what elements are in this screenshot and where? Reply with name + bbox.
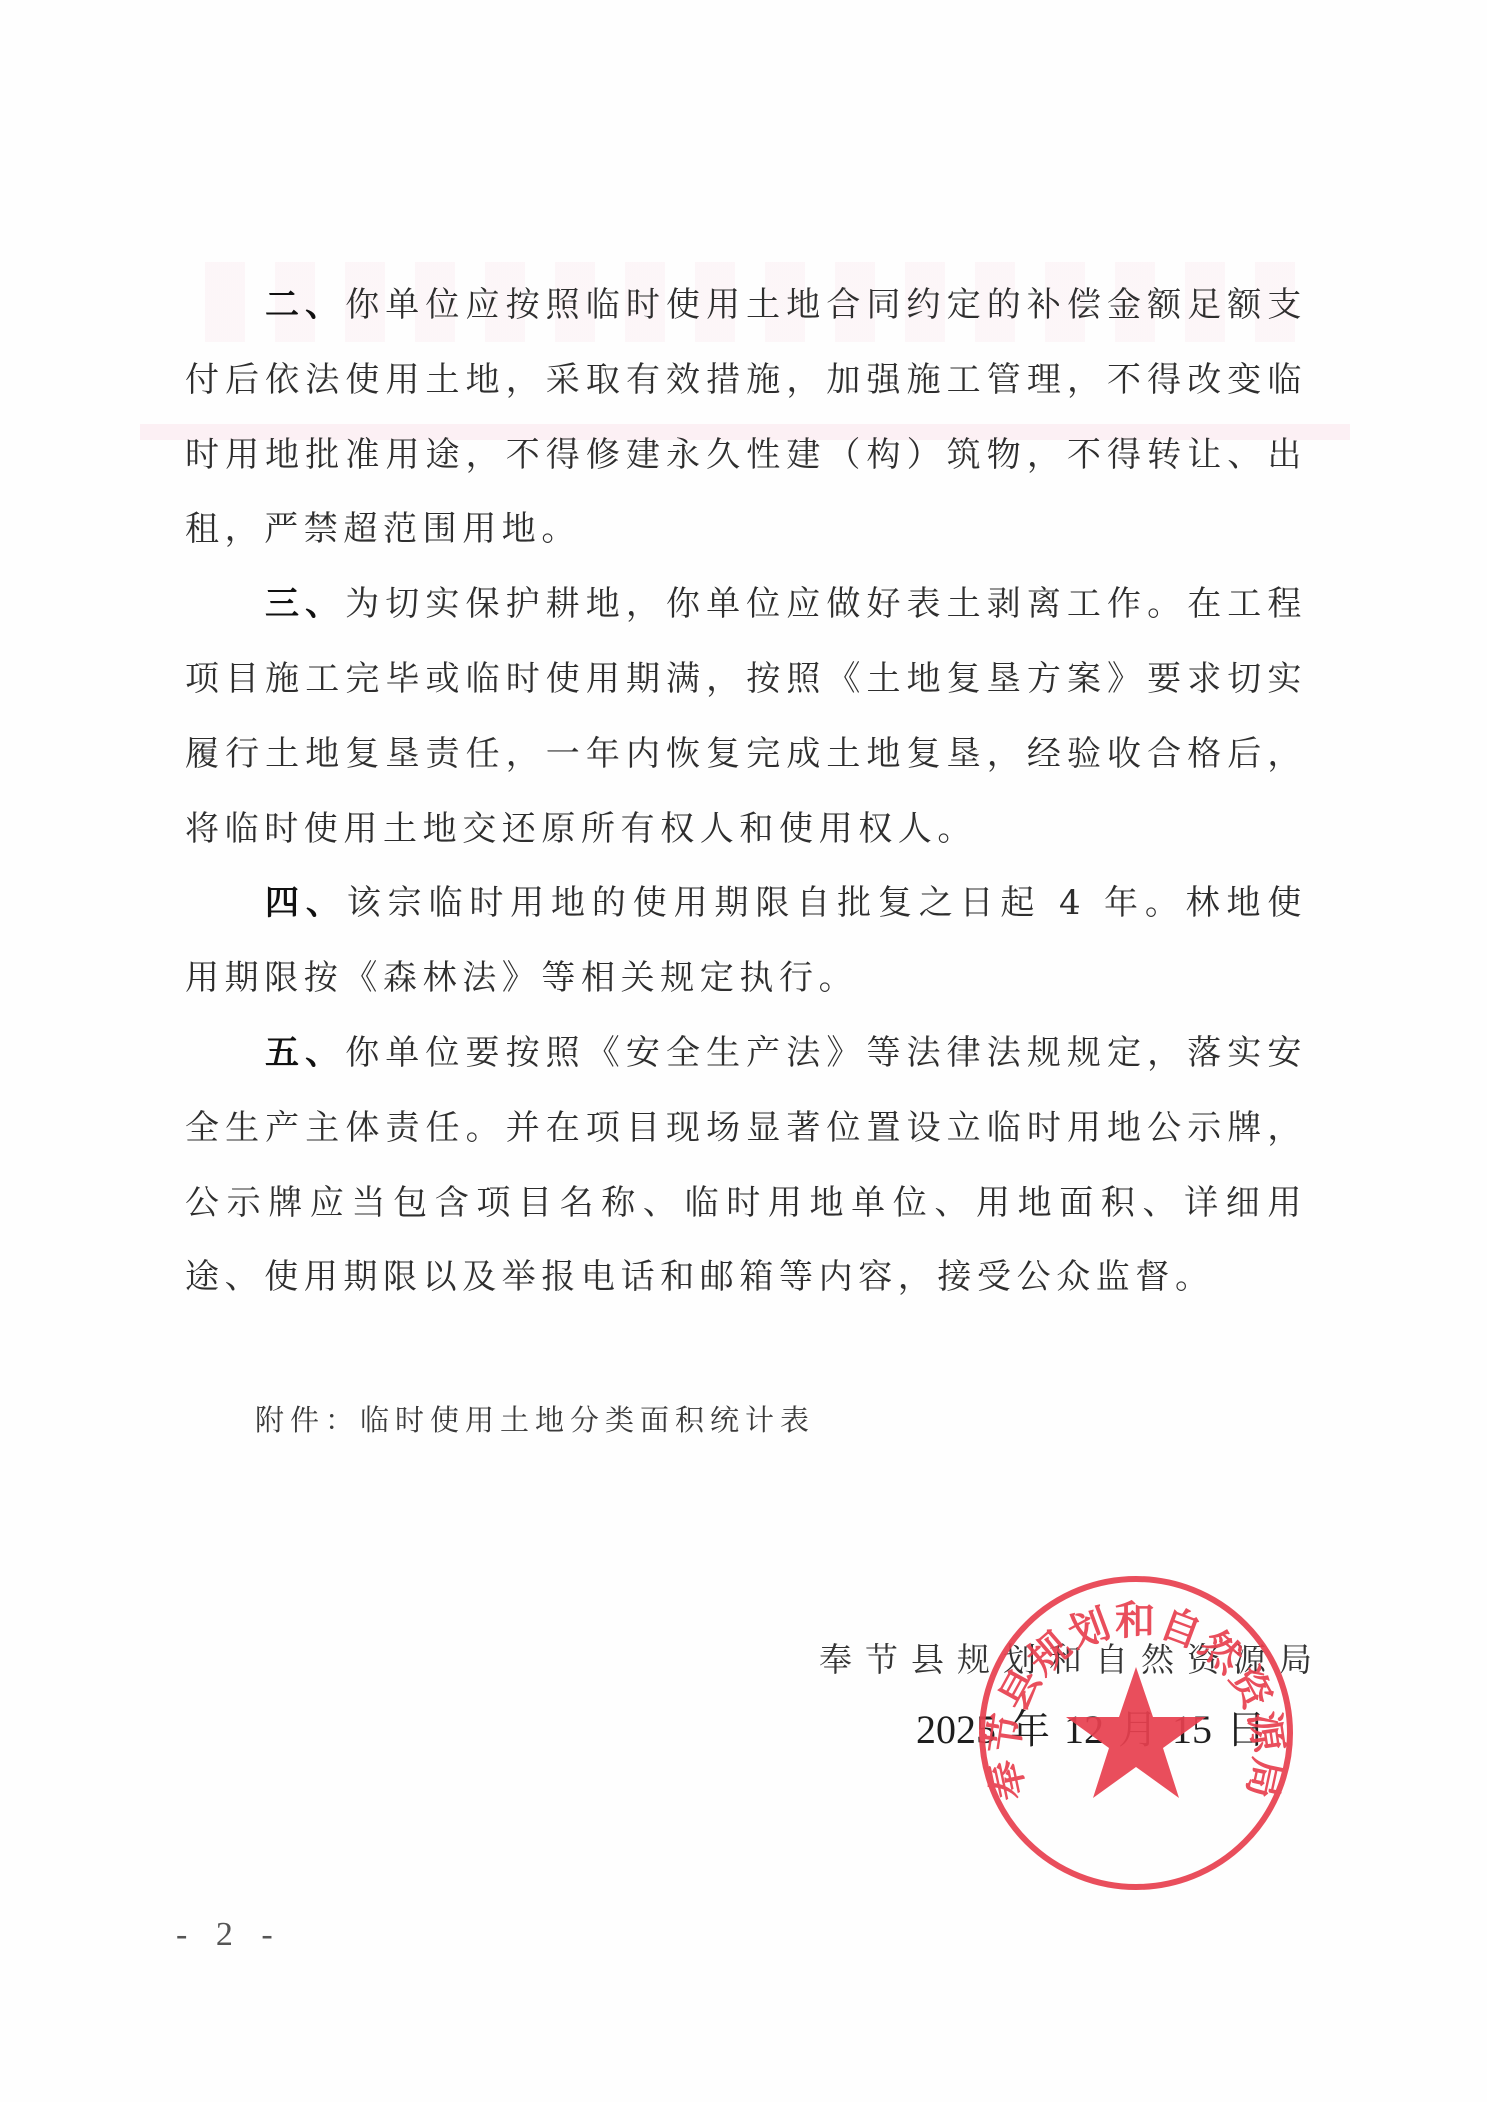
paragraph-4: 四、该宗临时用地的使用期限自批复之日起 4 年。林地使用期限按《森林法》等相关规… bbox=[185, 866, 1307, 1016]
paragraph-number: 二、 bbox=[265, 285, 345, 325]
signing-organization: 奉节县规划和自然资源局 bbox=[819, 1634, 1325, 1681]
paragraph-2: 二、你单位应按照临时使用土地合同约定的补偿金额足额支付后依法使用土地，采取有效措… bbox=[185, 268, 1307, 567]
paragraph-number: 五、 bbox=[265, 1033, 345, 1073]
paragraph-text: 为切实保护耕地，你单位应做好表土剥离工作。在工程项目施工完毕或临时使用期满，按照… bbox=[185, 584, 1307, 848]
paragraph-number: 三、 bbox=[265, 584, 345, 624]
paragraph-text: 你单位应按照临时使用土地合同约定的补偿金额足额支付后依法使用土地，采取有效措施，… bbox=[185, 285, 1307, 549]
date-day: 15 bbox=[1172, 1707, 1212, 1752]
attachment-note: 附件：临时使用土地分类面积统计表 bbox=[255, 1398, 815, 1439]
date-month: 12 bbox=[1064, 1707, 1104, 1752]
signing-date: 2025年12月15日 bbox=[916, 1698, 1280, 1755]
paragraph-text: 该宗临时用地的使用期限自批复之日起 4 年。林地使用期限按《森林法》等相关规定执… bbox=[185, 883, 1307, 998]
document-page: 二、你单位应按照临时使用土地合同约定的补偿金额足额支付后依法使用土地，采取有效措… bbox=[0, 0, 1487, 2102]
page-number: - 2 - bbox=[176, 1916, 283, 1954]
paragraph-number: 四、 bbox=[265, 883, 347, 923]
document-body: 二、你单位应按照临时使用土地合同约定的补偿金额足额支付后依法使用土地，采取有效措… bbox=[185, 268, 1307, 1315]
date-day-unit: 日 bbox=[1226, 1707, 1266, 1752]
paragraph-5: 五、你单位要按照《安全生产法》等法律法规规定，落实安全生产主体责任。并在项目现场… bbox=[185, 1016, 1307, 1315]
paragraph-3: 三、为切实保护耕地，你单位应做好表土剥离工作。在工程项目施工完毕或临时使用期满，… bbox=[185, 567, 1307, 866]
date-month-unit: 月 bbox=[1118, 1707, 1158, 1752]
date-year-unit: 年 bbox=[1010, 1707, 1050, 1752]
date-year: 2025 bbox=[916, 1707, 996, 1752]
paragraph-text: 你单位要按照《安全生产法》等法律法规规定，落实安全生产主体责任。并在项目现场显著… bbox=[185, 1033, 1307, 1297]
